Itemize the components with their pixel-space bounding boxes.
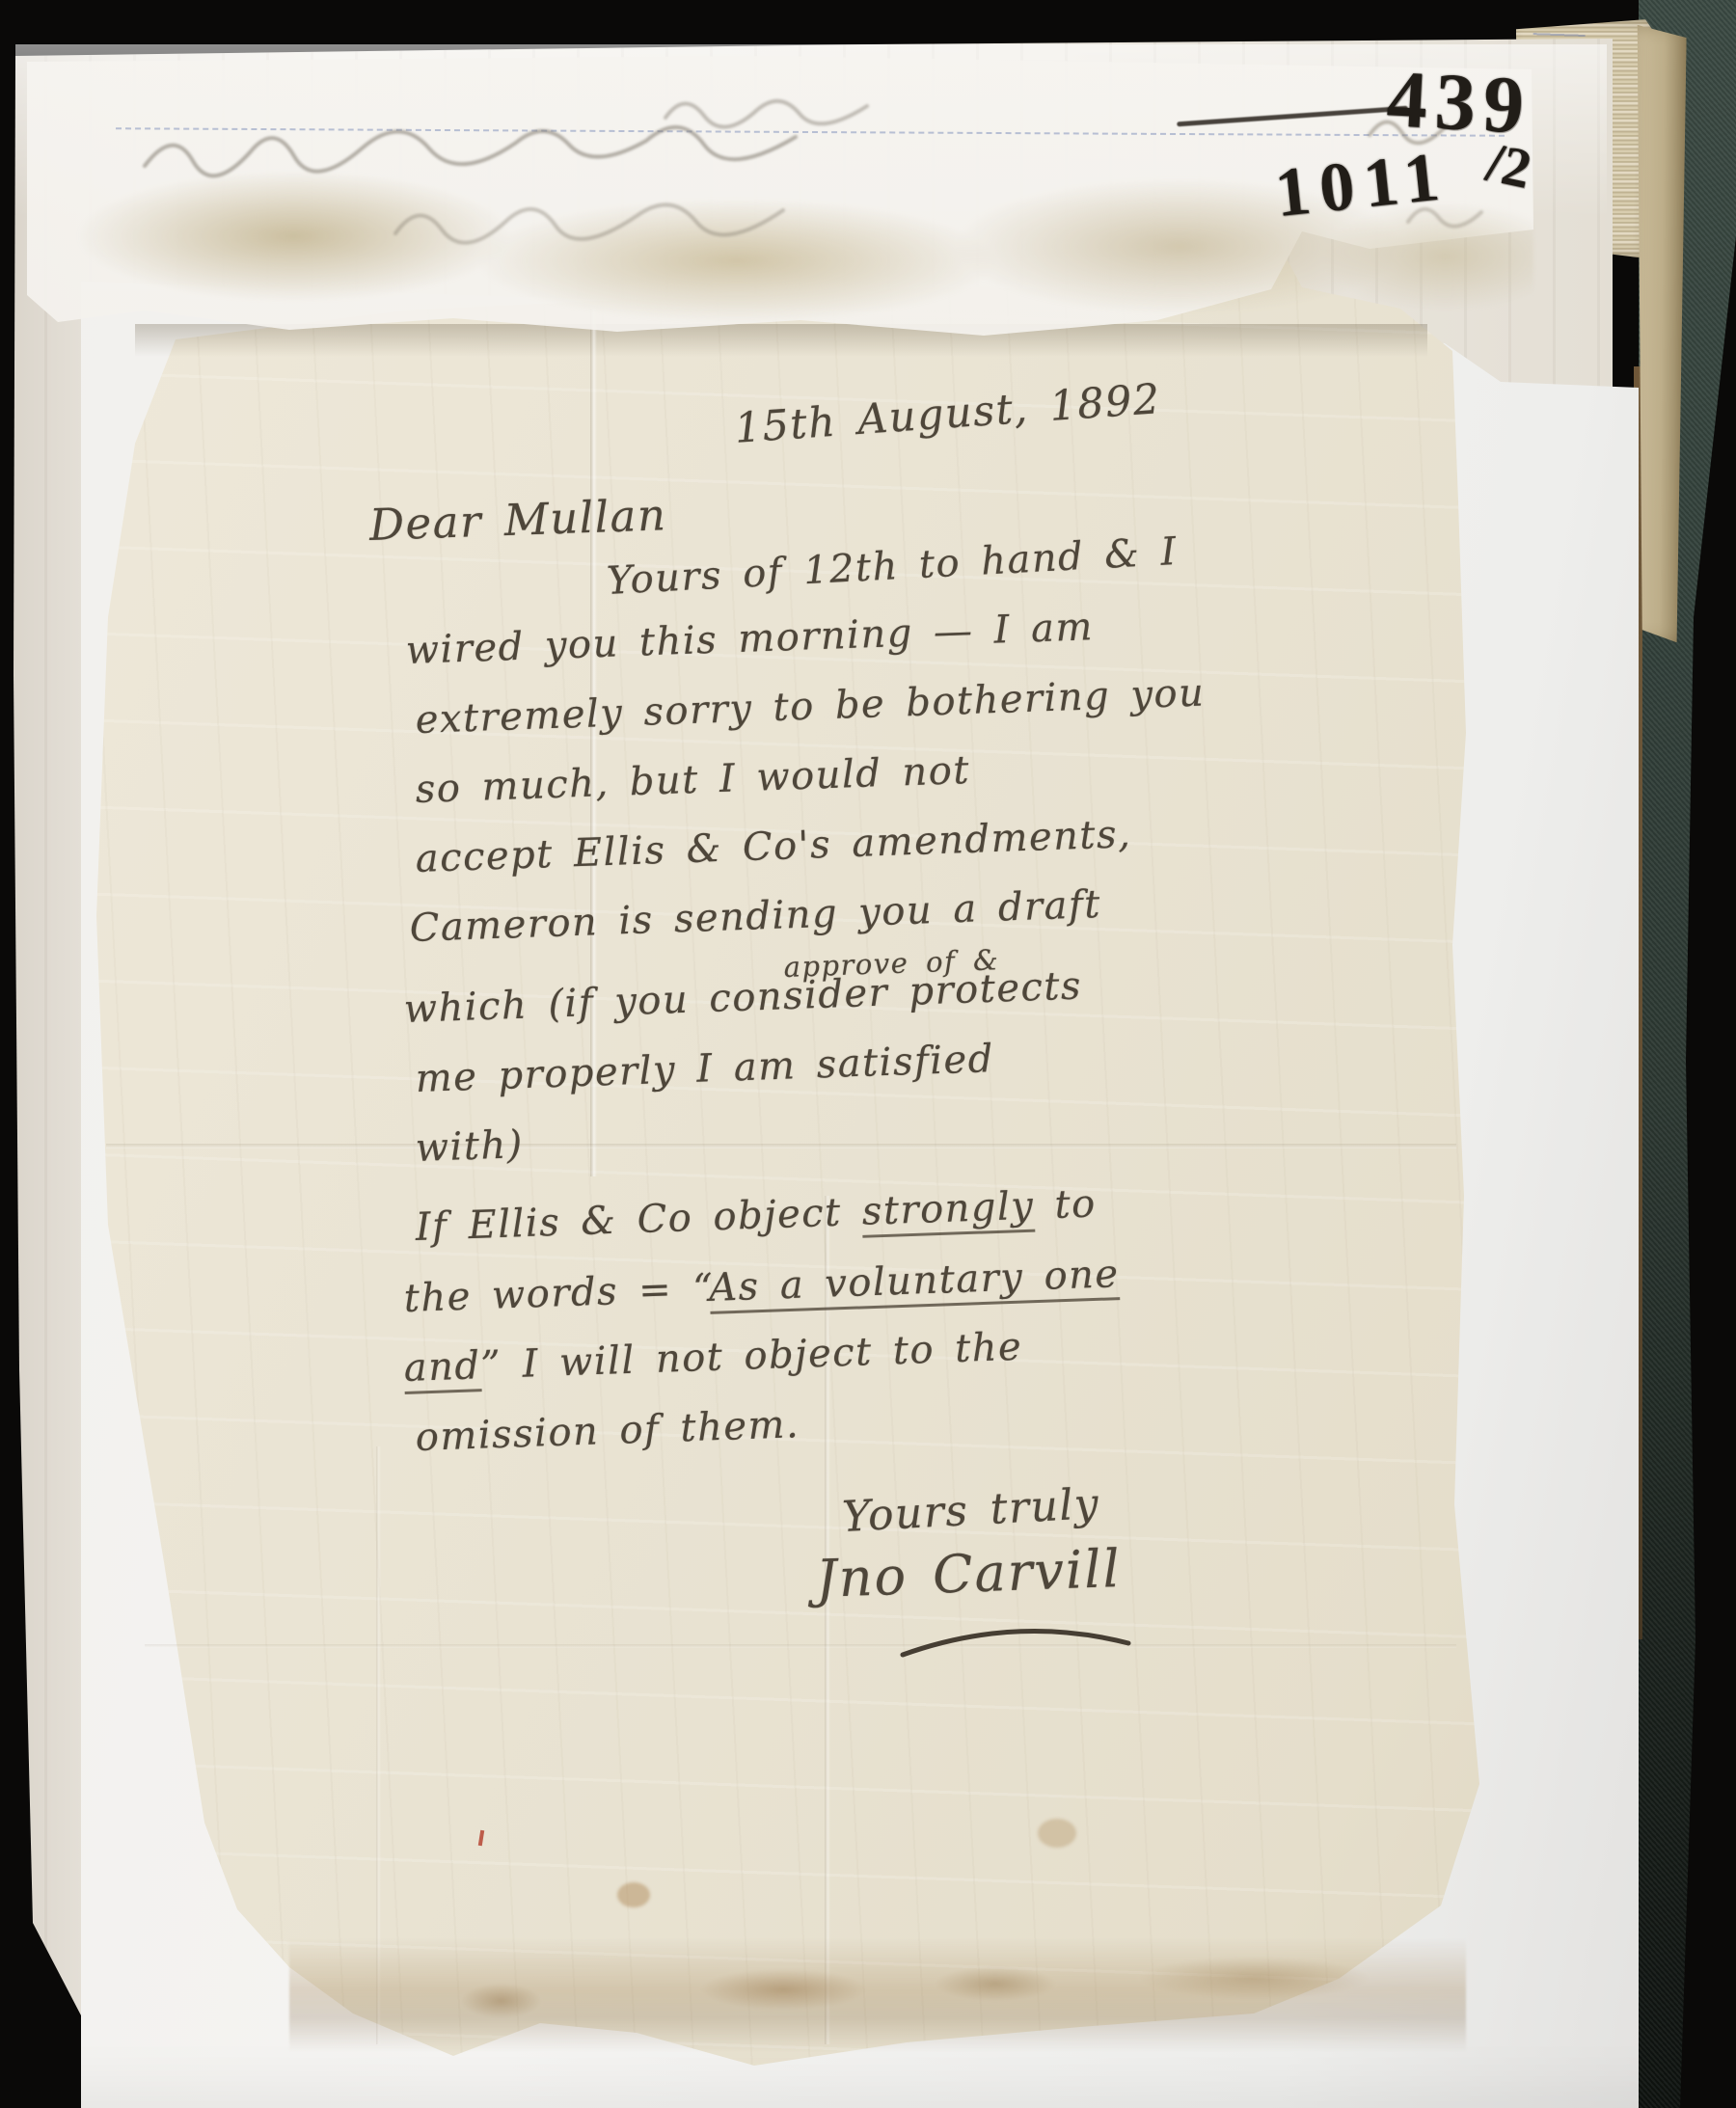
stain-spot xyxy=(1038,1819,1076,1848)
letter-line: with) xyxy=(415,1122,525,1171)
letter-vertical-crease xyxy=(825,1196,830,2044)
letter-bottom-stain xyxy=(289,1938,1466,2052)
letter-horizontal-fold xyxy=(106,1144,1456,1149)
letter-text-segment: to xyxy=(1033,1181,1097,1228)
letter-signature: Jno Carvill xyxy=(815,1538,1123,1609)
scanned-letter-book-page: 439 /2 1011 15th August, 1892 Dear Mulla… xyxy=(0,0,1736,2108)
letter-vertical-crease xyxy=(590,309,597,1176)
underlined-word: strongly xyxy=(861,1184,1035,1238)
letter-salutation: Dear Mullan xyxy=(368,489,667,551)
ghost-handwriting-bleedthrough xyxy=(125,79,1206,291)
signature-flourish xyxy=(895,1628,1136,1666)
underlined-word: and xyxy=(403,1343,481,1394)
letter-horizontal-fold xyxy=(145,1644,1456,1648)
stain-spot xyxy=(617,1882,650,1907)
